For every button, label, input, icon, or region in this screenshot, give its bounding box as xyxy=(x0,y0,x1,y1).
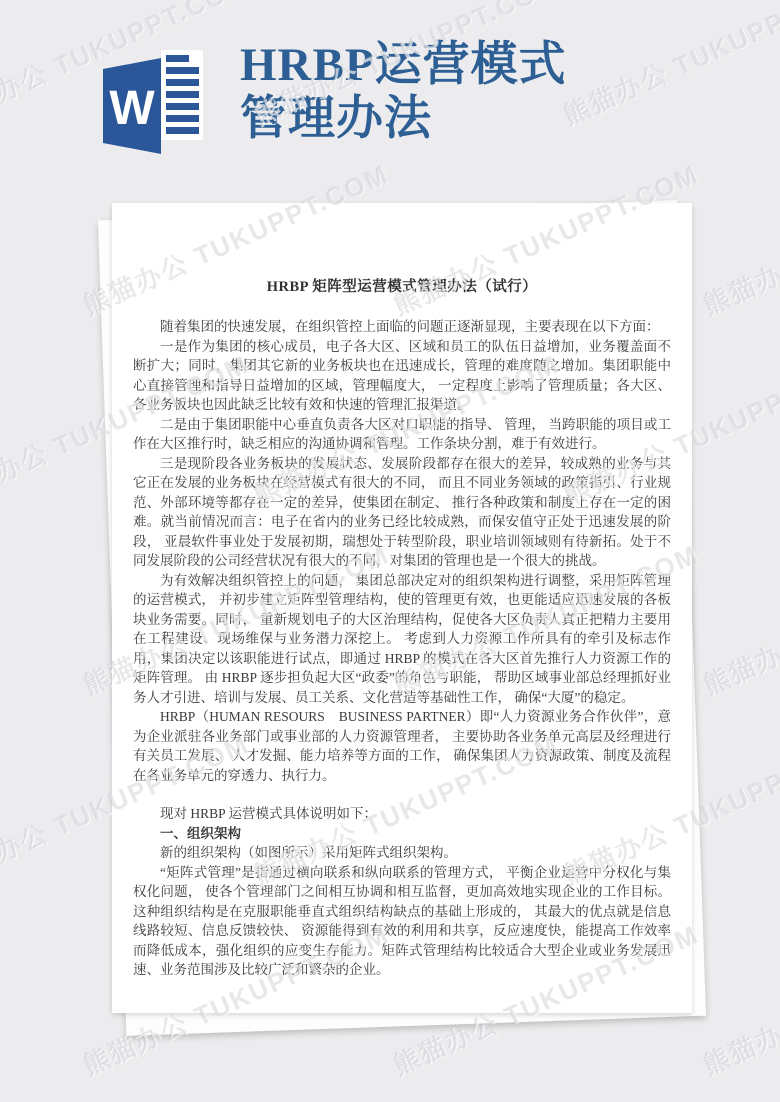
page-header: W HRBP运营模式管理办法 xyxy=(0,0,780,200)
watermark-text: 熊猫办公 TUKUPPT.COM xyxy=(697,914,780,1082)
doc-paragraph: 一、组织架构 xyxy=(133,824,671,844)
doc-paragraph: 现对 HRBP 运营模式具体说明如下： xyxy=(133,804,671,824)
doc-paragraph: 一是作为集团的核心成员，电子各大区、区域和员工的队伍日益增加，业务覆盖面不断扩大… xyxy=(133,337,671,415)
document-body: 随着集团的快速发展，在组织管控上面临的问题正逐渐显现，主要表现在以下方面：一是作… xyxy=(133,317,671,980)
word-icon-letter: W xyxy=(109,82,155,135)
page-title: HRBP运营模式管理办法 xyxy=(240,38,567,146)
doc-paragraph: 随着集团的快速发展，在组织管控上面临的问题正逐渐显现，主要表现在以下方面： xyxy=(133,317,671,337)
word-document-icon: W xyxy=(103,50,205,154)
document-title: HRBP 矩阵型运营模式管理办法（试行） xyxy=(133,275,671,296)
doc-paragraph: HRBP（HUMAN RESOURS BUSINESS PARTNER）即“人力… xyxy=(133,707,671,785)
doc-paragraph: 三是现阶段各业务板块的发展状态、发展阶段都存在很大的差异，较成熟的业务与其它正在… xyxy=(133,454,671,571)
page-title-line2: 管理办法 xyxy=(240,93,432,145)
word-icon-graphic: W xyxy=(103,50,205,154)
doc-paragraph: “矩阵式管理”是指通过横向联系和纵向联系的管理方式， 平衡企业运营中分权化与集权… xyxy=(133,863,671,980)
watermark-text: 熊猫办公 TUKUPPT.COM xyxy=(697,534,780,702)
doc-paragraph: 为有效解决组织管控上的问题， 集团总部决定对的组织架构进行调整，采用矩阵管理的运… xyxy=(133,571,671,708)
doc-paragraph: 二是由于集团职能中心垂直负责各大区对口职能的指导、 管理， 当跨职能的项目或工作… xyxy=(133,415,671,454)
doc-paragraph: 新的组织架构（如图所示）采用矩阵式组织架构。 xyxy=(133,843,671,863)
page-title-line1: HRBP运营模式 xyxy=(240,39,567,91)
document-page: HRBP 矩阵型运营模式管理办法（试行） 随着集团的快速发展，在组织管控上面临的… xyxy=(112,203,692,1013)
